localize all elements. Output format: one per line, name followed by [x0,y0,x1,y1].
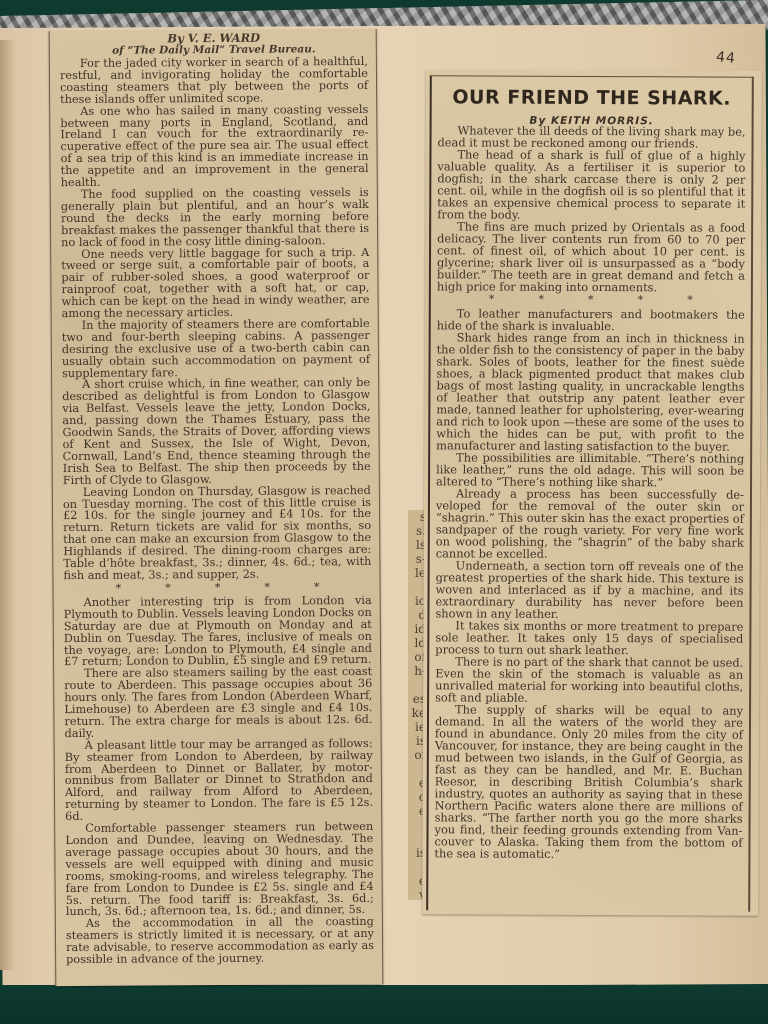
article-paragraph: Leaving London on Thursday, Glasgow is r… [63,485,372,582]
article-paragraph: The food supplied on the coasting vessel… [61,187,369,249]
star-ornament: * [264,582,270,593]
article-paragraph: There are also steamers sailing by the e… [64,666,372,740]
article-paragraph: A short cruise which, in fine weather, c… [62,377,371,486]
article-paragraph: Comfortable passenger steamers run betwe… [65,821,374,918]
article-paragraph: A pleasant little tour may be arranged a… [65,738,374,823]
star-ornament: * [538,294,544,305]
article-paragraph: One needs very little baggage for such a… [61,246,369,320]
article-paragraph: Underneath, a section torn off reveals o… [435,559,743,620]
star-ornament: * [638,294,644,305]
star-ornament: * [489,294,495,305]
article-paragraph: As the accommodation in all the coasting… [66,916,374,966]
article-paragraph: The possibilities are illimitable. “Ther… [436,451,744,488]
article-paragraph: Another interesting trip is from London … [64,595,372,669]
travel-article-body: By V. E. WARD of “The Daily Mail” Travel… [60,31,375,966]
table-surface [0,985,768,1024]
star-ornament: * [588,294,594,305]
article-border: OUR FRIEND THE SHARK. By KEITH MORRIS. W… [426,75,754,911]
star-ornament: * [165,582,171,593]
article-paragraph: The fins are much prized by Orientals as… [437,220,745,293]
article-headline: OUR FRIEND THE SHARK. [432,86,752,109]
page-fold [0,40,16,970]
article-paragraph: It takes six months or more treatment to… [435,619,743,656]
article-paragraph: In the majority of steamers there are co… [62,318,370,380]
shark-article-body: Whatever the ill deeds of the living sha… [434,124,745,860]
handwritten-page-number: 44 [715,49,736,67]
article-paragraph: Already a process has been successfully … [436,487,744,560]
article-paragraph: For the jaded city worker in search of a… [60,56,368,106]
travel-article-clipping: By V. E. WARD of “The Daily Mail” Travel… [49,29,384,986]
star-ornament: * [687,294,693,305]
article-paragraph: Shark hides range from an inch in thickn… [436,331,745,452]
article-paragraph: Whatever the ill deeds of the living sha… [438,124,746,149]
section-separator: * * * * * [437,293,745,305]
article-paragraph: The supply of sharks will be equal to an… [434,703,743,860]
star-ornament: * [116,583,122,594]
article-paragraph: There is no part of the shark that canno… [435,655,743,704]
shark-article-clipping: OUR FRIEND THE SHARK. By KEITH MORRIS. W… [422,69,762,915]
article-paragraph: To leather manufacturers and bootmakers … [437,307,745,332]
article-paragraph: The head of a shark is full of glue of a… [437,148,745,221]
star-ornament: * [314,581,320,592]
star-ornament: * [215,582,221,593]
article-paragraph: As one who has sailed in many coasting v… [60,104,369,189]
section-separator: * * * * * [64,581,372,594]
